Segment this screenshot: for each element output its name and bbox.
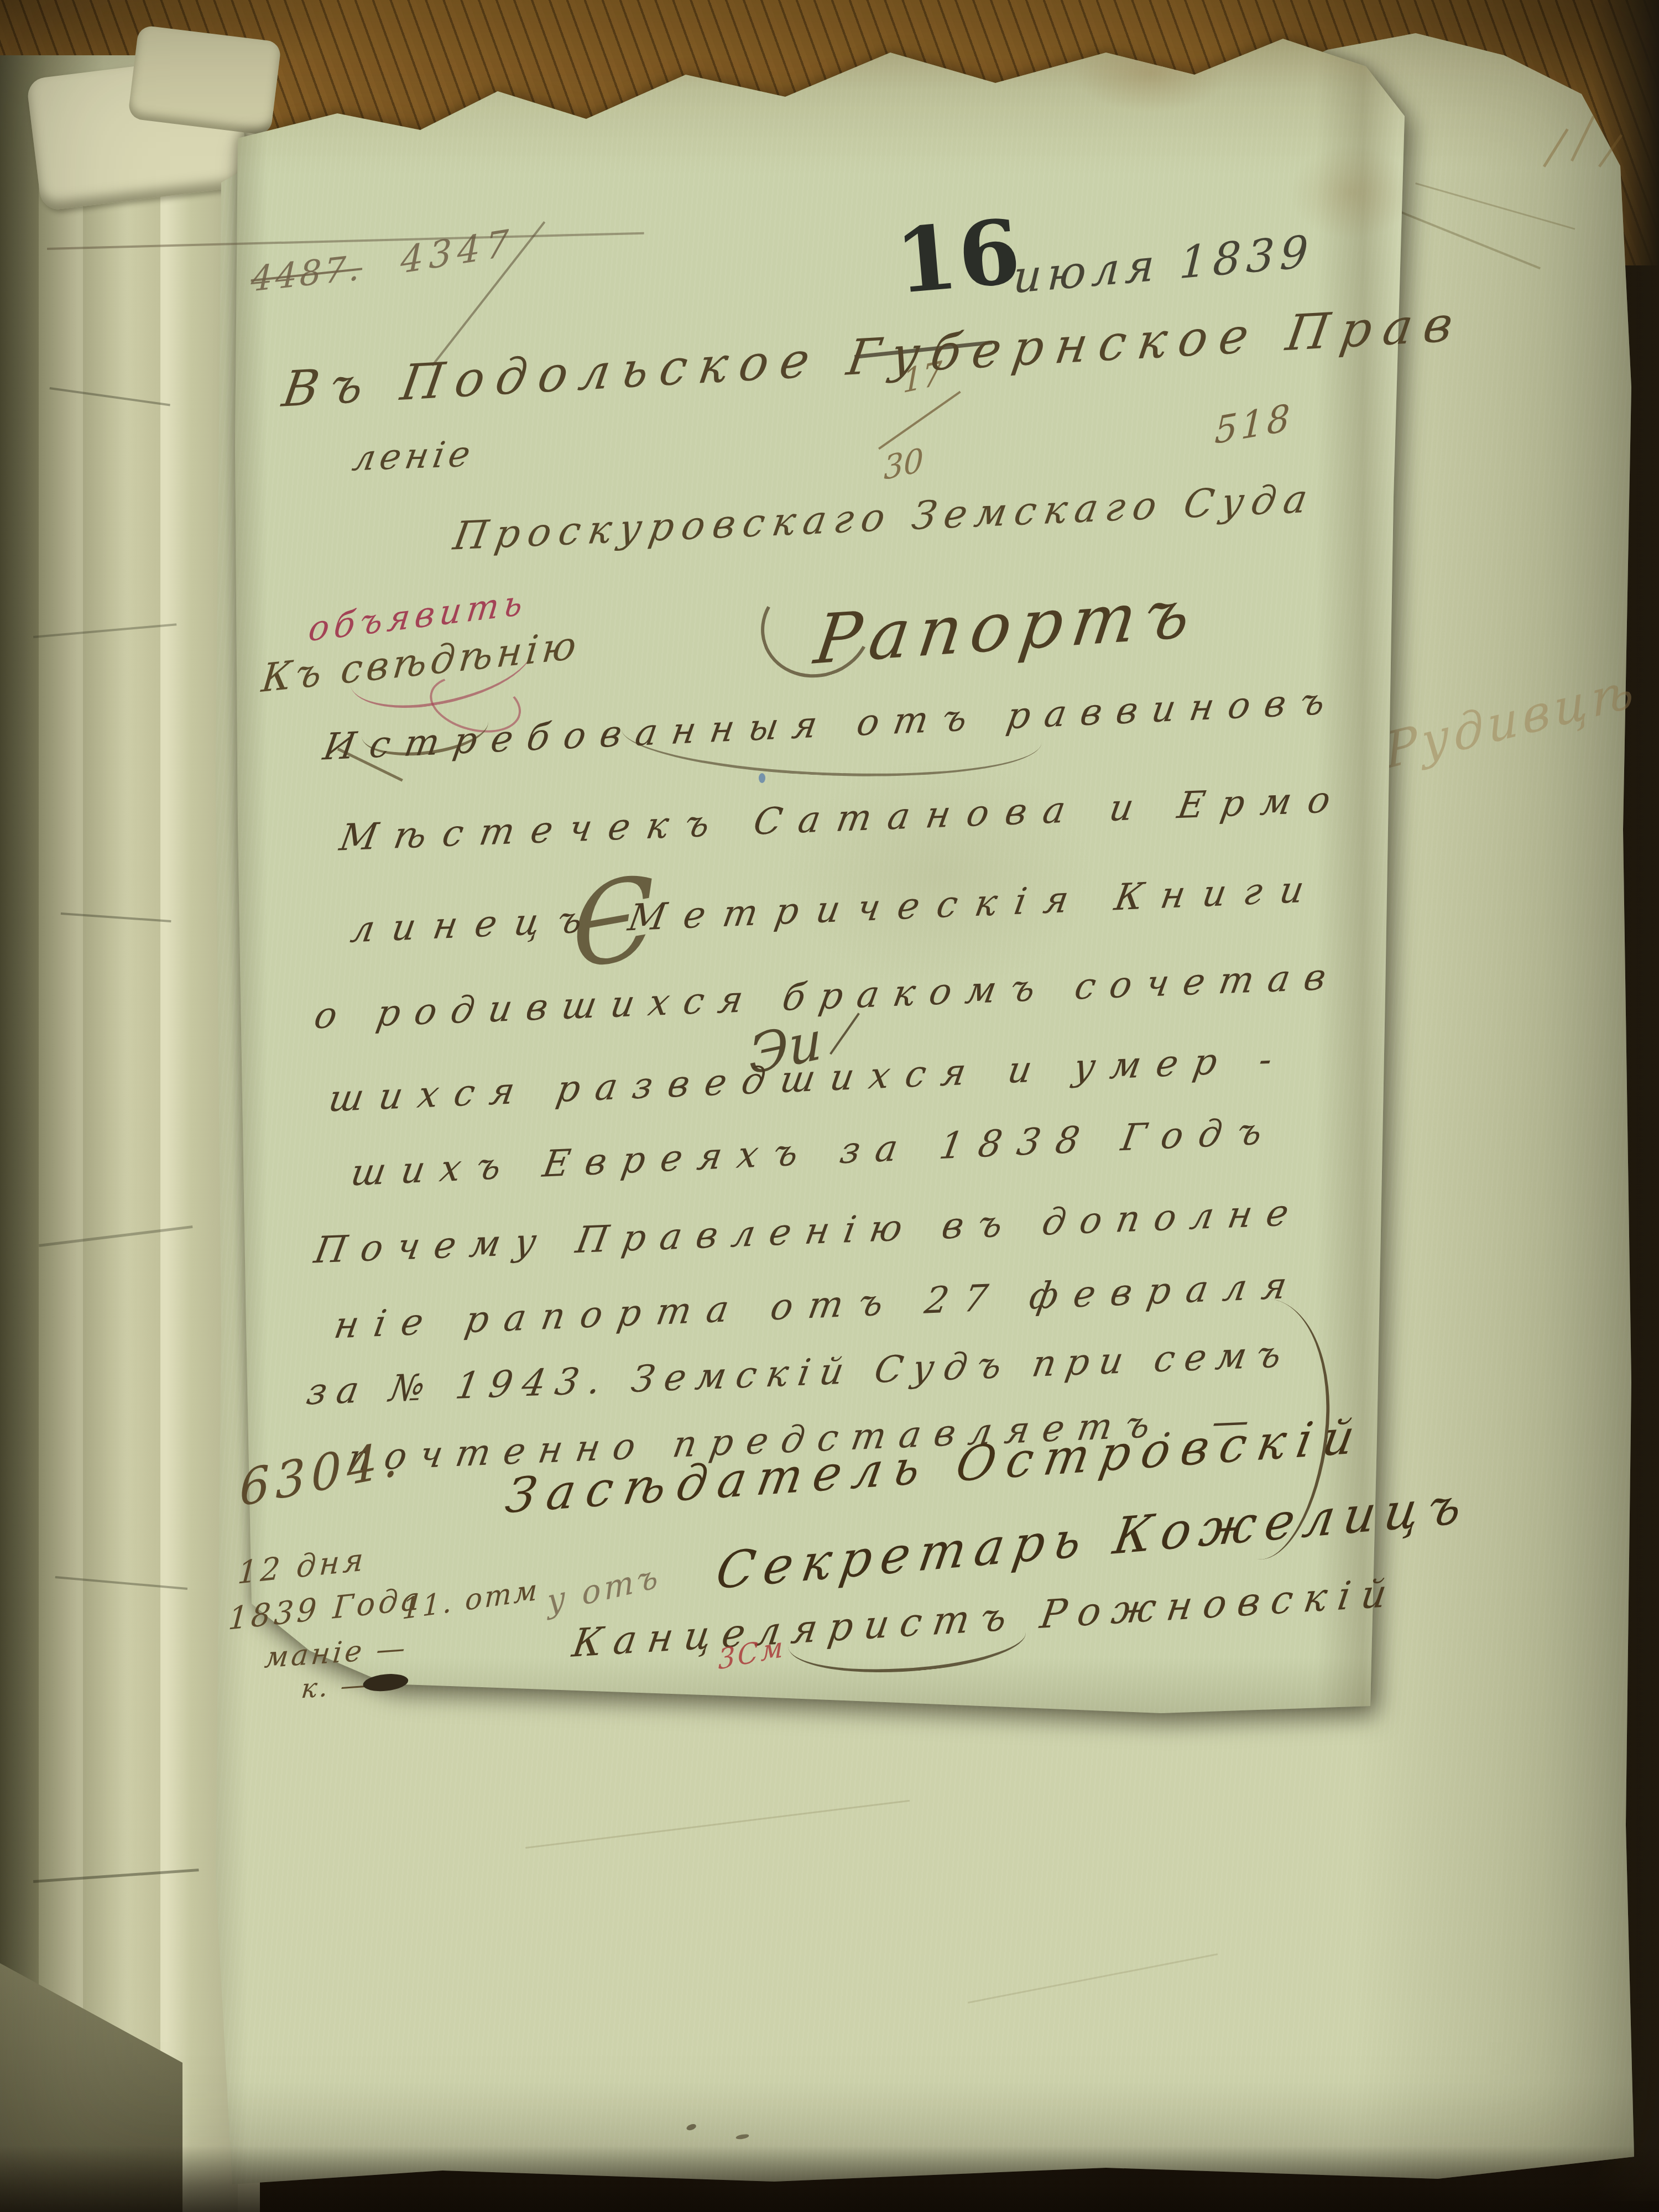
stamp-day: 16 — [891, 199, 1025, 314]
margin-note3: к. — — [300, 1668, 371, 1704]
archival-photo: о Рудивцѣ 4487. 4347 16 июля 1839 17 30 … — [0, 0, 1659, 2212]
addressee-line2: леніе — [349, 434, 478, 479]
blue-fleck — [759, 773, 765, 783]
photo-bottom-shadow — [0, 2146, 1659, 2212]
